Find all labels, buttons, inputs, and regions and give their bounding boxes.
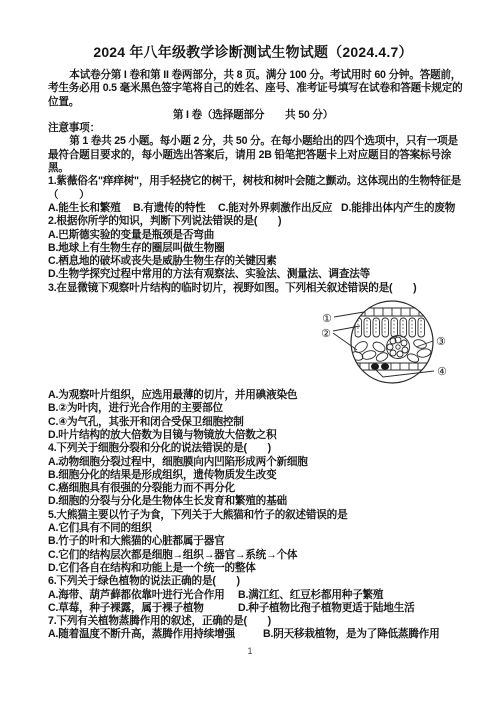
option-c: C.癌细胞具有很强的分裂能力而不再分化 <box>48 482 458 495</box>
answer-paren: （ ） <box>48 189 458 202</box>
intro-line: 考生务必用 0.5 毫米黑色签字笔将自己的姓名、座号、准考证号填写在试卷和答题卡… <box>48 82 458 95</box>
question-5: 5.大熊猫主要以竹子为食，下列关于大熊猫和竹子的叙述错误的是 A.它们具有不同的… <box>48 509 458 575</box>
notice-line: 第 1 卷共 25 小题。每小题 2 分，共 50 分。在每小题给出的四个选项中… <box>48 135 458 148</box>
intro-paragraph: 本试卷分第 I 卷和第 II 卷两部分，共 8 页。满分 100 分。考试用时 … <box>48 69 458 109</box>
question-stem: 5.大熊猫主要以竹子为食，下列关于大熊猫和竹子的叙述错误的是 <box>48 509 458 522</box>
option-b: B.②为叶肉，进行光合作用的主要部位 <box>48 402 458 415</box>
option-a: A.动物细胞分裂过程中，细胞膜向内凹陷形成两个新细胞 <box>48 456 458 469</box>
option-a: A.随着温度不断升高，蒸腾作用持续增强 <box>48 628 263 641</box>
question-4: 4.下列关于细胞分裂和分化的说法错误的是( ) A.动物细胞分裂过程中，细胞膜向… <box>48 442 458 508</box>
question-2: 2.根据你所学的知识，判断下列说法错误的是( ) A.巴斯德实验的变量是瓶颈是否… <box>48 215 458 281</box>
notice-paragraph: 第 1 卷共 25 小题。每小题 2 分，共 50 分。在每小题给出的四个选项中… <box>48 135 458 175</box>
question-3: 3.在显微镜下观察叶片结构的临时切片，视野如图。下列相关叙述错误的是( ) <box>48 282 458 442</box>
question-6: 6.下列关于绿色植物的说法正确的是( ) A.海带、葫芦藓都依靠叶进行光合作用B… <box>48 575 458 615</box>
option-d: D.叶片结构的放大倍数为目镜与物镜放大倍数之积 <box>48 429 458 442</box>
question-1: 1.紫薇俗名"痒痒树"，用手轻挠它的树干，树枝和树叶会随之颤动。这体现出的生物特… <box>48 175 458 215</box>
leaf-section-figure: ① ② ③ ④ <box>48 295 458 389</box>
question-stem: 3.在显微镜下观察叶片结构的临时切片，视野如图。下列相关叙述错误的是( ) <box>48 282 458 295</box>
option-c: C.草莓，种子裸露，属于裸子植物 <box>48 602 238 615</box>
option-d: D.细胞的分裂与分化是生物体生长发育和繁殖的基础 <box>48 495 458 508</box>
question-stem: 6.下列关于绿色植物的说法正确的是( ) <box>48 575 458 588</box>
option-b: B.竹子的叶和大熊猫的心脏都属于器官 <box>48 535 458 548</box>
stoma-guard-cells <box>371 364 389 370</box>
intro-line: 位置。 <box>48 96 458 109</box>
section-heading: 第 I 卷（选择题部分 共 50 分） <box>48 109 458 122</box>
notice-label: 注意事项： <box>48 122 458 135</box>
option-a: A.为观察叶片组织，应选用最薄的切片，并用碘液染色 <box>48 389 458 402</box>
intro-line: 本试卷分第 I 卷和第 II 卷两部分，共 8 页。满分 100 分。考试用时 … <box>48 69 458 82</box>
option-b: B.阴天移栽植物，是为了降低蒸腾作用 <box>263 628 440 641</box>
option-d: D.它们各自在结构和功能上是一个统一的整体 <box>48 562 458 575</box>
option-c: C.④为气孔，其张开和闭合受保卫细胞控制 <box>48 416 458 429</box>
option-row: A.随着温度不断升高，蒸腾作用持续增强B.阴天移栽植物，是为了降低蒸腾作用 <box>48 628 458 641</box>
label-3: ③ <box>436 336 446 348</box>
option-b: B.有遗传的特性 <box>133 202 218 215</box>
option-a: A.能生长和繁殖 <box>48 202 133 215</box>
option-row: A.能生长和繁殖B.有遗传的特性C.能对外界刺激作出反应D.能排出体内产生的废物 <box>48 202 458 215</box>
question-stem: 2.根据你所学的知识，判断下列说法错误的是( ) <box>48 215 458 228</box>
question-stem: 1.紫薇俗名"痒痒树"，用手轻挠它的树干，树枝和树叶会随之颤动。这体现出的生物特… <box>48 175 458 188</box>
option-a: A.巴斯德实验的变量是瓶颈是否弯曲 <box>48 229 458 242</box>
leaf-vein <box>387 336 410 359</box>
leaf-micrograph-illustration: ① ② ③ ④ <box>316 297 480 389</box>
option-b: B.满江红、红豆杉都用种子繁殖 <box>238 589 383 602</box>
exam-page: 2024 年八年级教学诊断测试生物试题（2024.4.7） 本试卷分第 I 卷和… <box>0 0 500 707</box>
option-b: B.细胞分化的结果是形成组织，遗传物质发生改变 <box>48 469 458 482</box>
option-c: C.它们的结构层次都是细胞→组织→器官→系统→个体 <box>48 549 458 562</box>
option-c: C.能对外界刺激作出反应 <box>218 202 341 215</box>
question-stem: 4.下列关于细胞分裂和分化的说法错误的是( ) <box>48 442 458 455</box>
label-4: ④ <box>437 366 447 378</box>
option-d: D.生物学探究过程中常用的方法有观察法、实验法、测量法、调查法等 <box>48 268 458 281</box>
notice-line: 黑。 <box>48 162 458 175</box>
option-a: A.海带、葫芦藓都依靠叶进行光合作用 <box>48 589 238 602</box>
question-7: 7.下列有关植物蒸腾作用的叙述，正确的是( ) A.随着温度不断升高，蒸腾作用持… <box>48 615 458 642</box>
option-d: D.种子植物比孢子植物更适于陆地生活 <box>238 602 415 615</box>
label-1: ① <box>322 313 332 325</box>
page-number: 1 <box>0 646 500 656</box>
option-a: A.它们具有不同的组织 <box>48 522 458 535</box>
option-d: D.能排出体内产生的废物 <box>341 202 455 215</box>
option-b: B.地球上有生物生存的圈层叫做生物圈 <box>48 242 458 255</box>
label-2: ② <box>321 328 331 340</box>
page-title: 2024 年八年级教学诊断测试生物试题（2024.4.7） <box>48 44 458 60</box>
option-row: A.海带、葫芦藓都依靠叶进行光合作用B.满江红、红豆杉都用种子繁殖 <box>48 589 458 602</box>
option-row: C.草莓，种子裸露，属于裸子植物D.种子植物比孢子植物更适于陆地生活 <box>48 602 458 615</box>
notice-line: 最符合题目要求的，每小题选出答案后，请用 2B 铅笔把答题卡上对应题目的答案标号… <box>48 149 458 162</box>
question-stem: 7.下列有关植物蒸腾作用的叙述，正确的是( ) <box>48 615 458 628</box>
leaf-tissue-drawing <box>348 308 436 370</box>
option-c: C.栖息地的破坏或丧失是威胁生物生存的关键因素 <box>48 255 458 268</box>
